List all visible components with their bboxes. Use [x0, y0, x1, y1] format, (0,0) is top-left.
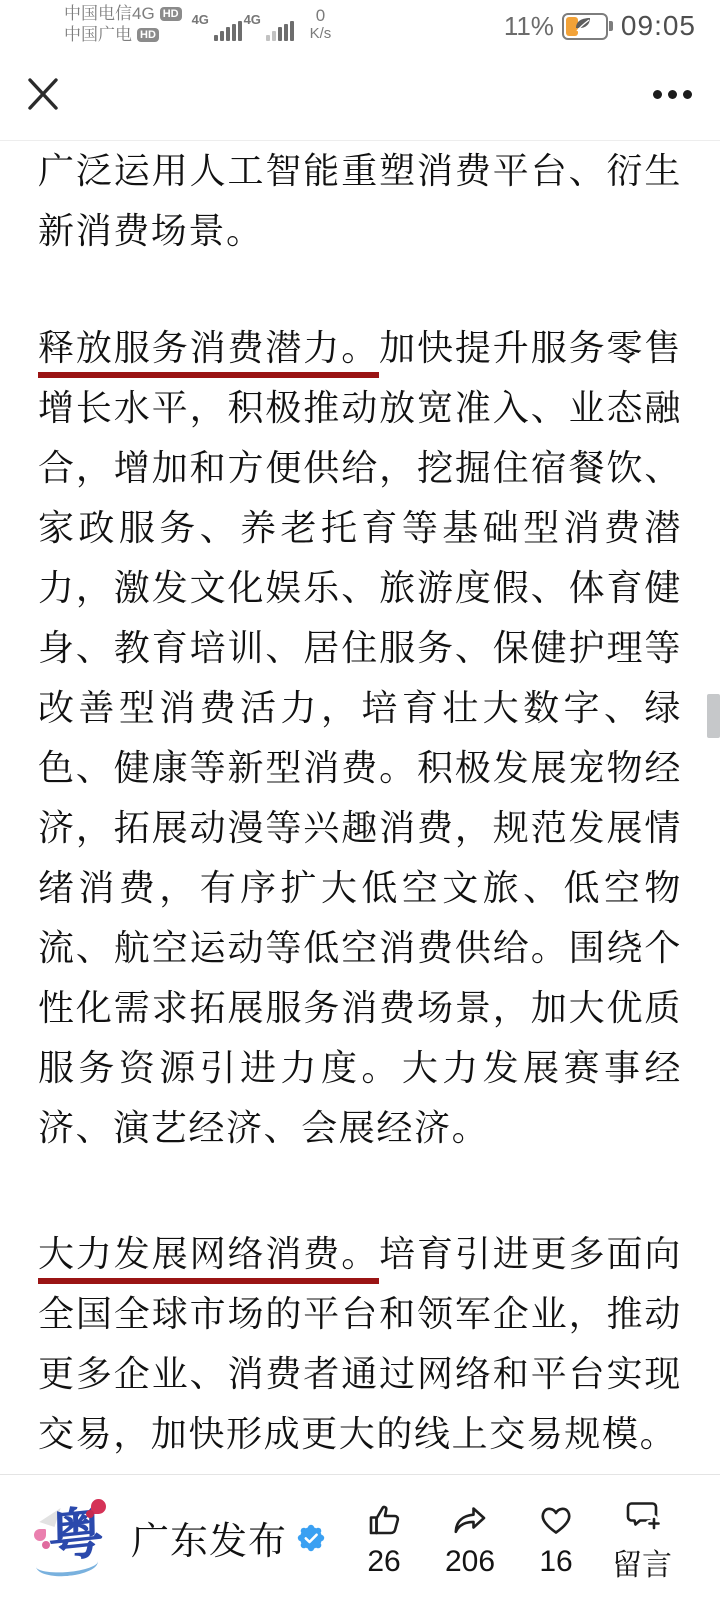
heart-icon [535, 1499, 577, 1541]
phone-screen: 中国电信4G HD 中国广电 HD 4G 4G 0 K/s 11% [0, 0, 720, 1600]
comment-button[interactable]: 留言 [612, 1492, 672, 1584]
speed-value: 0 [316, 6, 325, 25]
bottom-action-bar: 粤 广东发布 [0, 1474, 720, 1600]
carrier-row-2: 中国广电 HD [64, 24, 182, 45]
comment-plus-icon [621, 1494, 663, 1536]
blossom-shape [86, 1510, 94, 1518]
paragraph-service-consumption: 释放服务消费潜力。加快提升服务零售增长水平，积极推动放宽准入、业态融合，增加和方… [38, 318, 682, 1158]
dot-icon [683, 90, 692, 99]
more-menu-button[interactable] [651, 82, 694, 107]
action-buttons: 26 206 16 [354, 1492, 672, 1584]
thumbs-up-icon [363, 1499, 405, 1541]
close-x-icon [27, 76, 59, 112]
share-count: 206 [445, 1545, 495, 1579]
signal-bars-sim1-icon: 4G [192, 3, 244, 45]
sim2-network-label: 4G [244, 12, 261, 27]
blossom-shape [34, 1529, 46, 1541]
carrier-name-2: 中国广电 [64, 24, 132, 45]
article-content: 广泛运用人工智能重塑消费平台、衍生新消费场景。 释放服务消费潜力。加快提升服务零… [0, 140, 720, 1474]
account-name[interactable]: 广东发布 [131, 1510, 287, 1565]
heart-count: 16 [539, 1545, 572, 1579]
heart-button[interactable]: 16 [526, 1497, 586, 1579]
speed-unit: K/s [310, 25, 332, 42]
hd-badge-1: HD [160, 7, 182, 21]
paragraph-body: 加快提升服务零售增长水平，积极推动放宽准入、业态融合，增加和方便供给，挖掘住宿餐… [38, 327, 682, 1148]
blossom-shape [42, 1541, 50, 1549]
battery-icon [562, 13, 613, 40]
sim1-network-label: 4G [192, 12, 209, 27]
signal-bars-sim2-icon: 4G [244, 3, 296, 45]
paragraph-online-consumption: 大力发展网络消费。培育引进更多面向全国全球市场的平台和领军企业，推动更多企业、消… [38, 1224, 682, 1464]
status-bar-right: 11% 09:05 [504, 10, 696, 42]
water-arc-shape [35, 1549, 99, 1578]
like-count: 26 [367, 1545, 400, 1579]
paragraph-intro-text: 广泛运用人工智能重塑消费平台、衍生新消费场景。 [38, 150, 682, 251]
network-speed: 0 K/s [310, 6, 332, 42]
dot-icon [653, 90, 662, 99]
status-bar: 中国电信4G HD 中国广电 HD 4G 4G 0 K/s 11% [0, 0, 720, 48]
comment-label: 留言 [612, 1540, 672, 1584]
close-button[interactable] [26, 76, 60, 112]
carrier-row-1: 中国电信4G HD [64, 3, 182, 24]
paragraph-intro: 广泛运用人工智能重塑消费平台、衍生新消费场景。 [38, 141, 682, 261]
hd-badge-2: HD [137, 28, 159, 42]
scrollbar-thumb[interactable] [707, 694, 720, 738]
share-button[interactable]: 206 [440, 1497, 500, 1579]
battery-percent: 11% [504, 11, 554, 42]
account-avatar[interactable]: 粤 [33, 1499, 111, 1577]
carrier-block: 中国电信4G HD 中国广电 HD [64, 3, 182, 45]
signal-block: 4G 4G [192, 3, 296, 45]
carrier-name-1: 中国电信4G [64, 3, 155, 24]
clock-time: 09:05 [621, 10, 696, 42]
leaf-icon [573, 15, 595, 35]
verified-badge-icon [297, 1524, 325, 1552]
highlighted-heading: 大力发展网络消费。 [38, 1233, 379, 1284]
share-arrow-icon [449, 1499, 491, 1541]
dot-icon [668, 90, 677, 99]
like-button[interactable]: 26 [354, 1497, 414, 1579]
highlighted-heading: 释放服务消费潜力。 [38, 327, 379, 378]
article-header [0, 48, 720, 140]
